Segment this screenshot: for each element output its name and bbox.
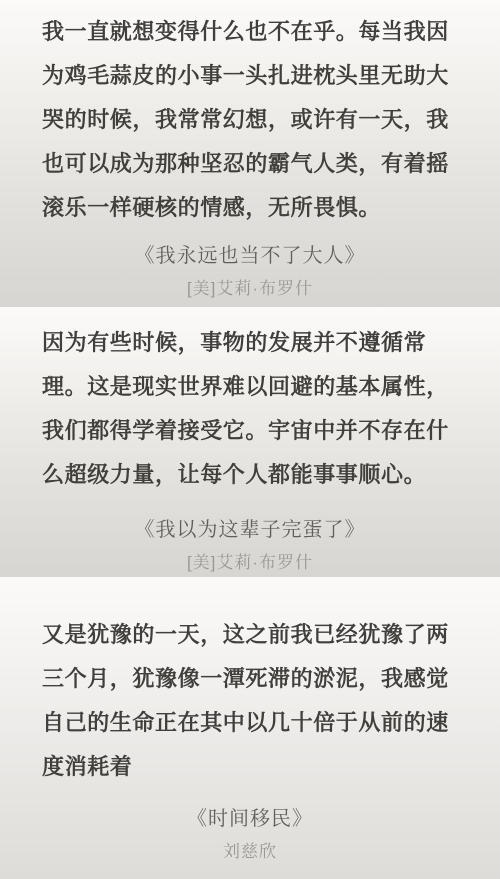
quote-text: 因为有些时候，事物的发展并不遵循常理。这是现实世界难以回避的基本属性，我们都得学… [42, 321, 458, 497]
quote-card: 因为有些时候，事物的发展并不遵循常理。这是现实世界难以回避的基本属性，我们都得学… [0, 307, 500, 577]
quote-card: 我一直就想变得什么也不在乎。每当我因为鸡毛蒜皮的小事一头扎进枕头里无助大哭的时候… [0, 0, 500, 307]
author-name: 刘慈欣 [42, 840, 458, 864]
quote-text: 又是犹豫的一天，这之前我已经犹豫了两三个月，犹豫像一潭死滞的淤泥，我感觉自己的生… [42, 613, 458, 789]
author-name: [美]艾莉·布罗什 [42, 551, 458, 575]
book-title: 《我以为这辈子完蛋了》 [42, 517, 458, 543]
author-name: [美]艾莉·布罗什 [42, 277, 458, 301]
book-title: 《我永远也当不了大人》 [42, 243, 458, 269]
quotes-page: 我一直就想变得什么也不在乎。每当我因为鸡毛蒜皮的小事一头扎进枕头里无助大哭的时候… [0, 0, 500, 879]
book-title: 《时间移民》 [42, 806, 458, 832]
quote-card: 又是犹豫的一天，这之前我已经犹豫了两三个月，犹豫像一潭死滞的淤泥，我感觉自己的生… [0, 577, 500, 879]
quote-text: 我一直就想变得什么也不在乎。每当我因为鸡毛蒜皮的小事一头扎进枕头里无助大哭的时候… [42, 10, 458, 230]
